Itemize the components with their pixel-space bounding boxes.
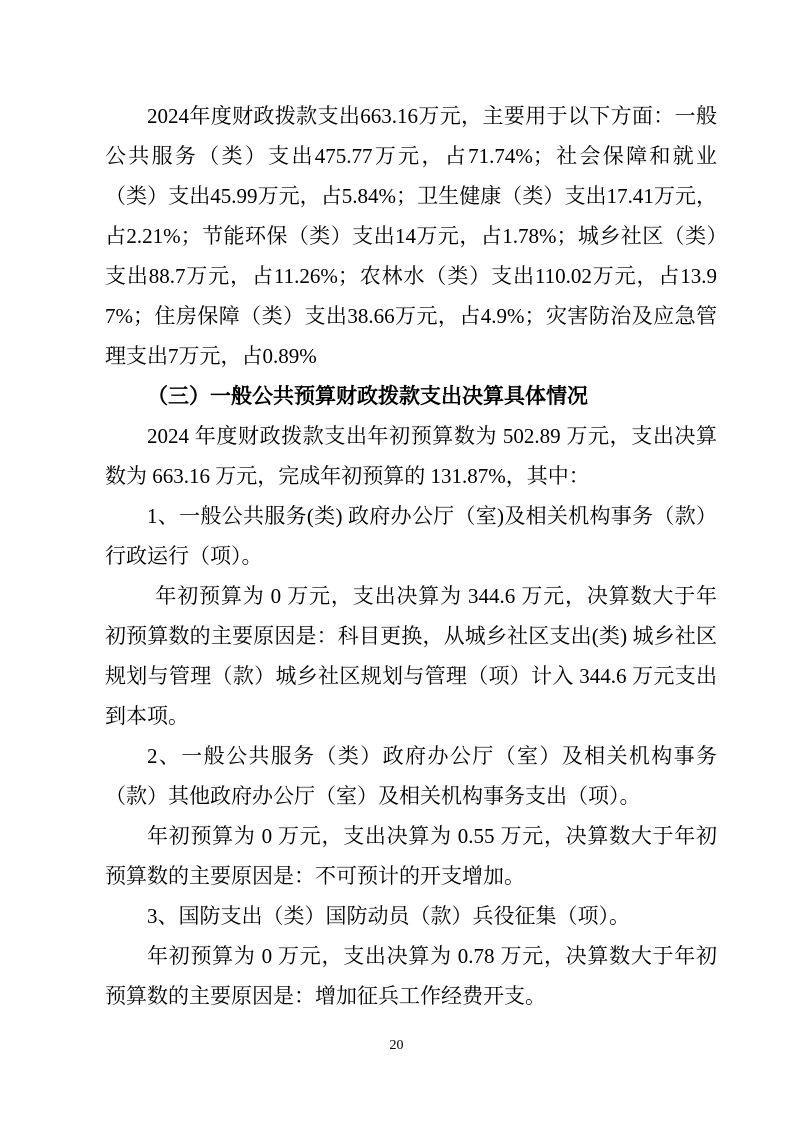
page-body-text: 2024年度财政拨款支出663.16万元，主要用于以下方面：一般公共服务（类）支… — [105, 96, 717, 1016]
page-footer: 20 — [0, 1036, 793, 1054]
paragraph-budget-vs-final: 2024 年度财政拨款支出年初预算数为 502.89 万元，支出决算数为 663… — [105, 416, 717, 496]
paragraph-item-1-explanation: 年初预算为 0 万元，支出决算为 344.6 万元，决算数大于年初预算数的主要原… — [105, 576, 717, 736]
section-heading-3: （三）一般公共预算财政拨款支出决算具体情况 — [105, 376, 717, 416]
paragraph-fiscal-expenditure-overview: 2024年度财政拨款支出663.16万元，主要用于以下方面：一般公共服务（类）支… — [105, 96, 717, 376]
paragraph-item-3-title: 3、国防支出（类）国防动员（款）兵役征集（项）。 — [105, 896, 717, 936]
paragraph-item-3-explanation: 年初预算为 0 万元，支出决算为 0.78 万元，决算数大于年初预算数的主要原因… — [105, 936, 717, 1016]
page-number: 20 — [390, 1038, 404, 1053]
paragraph-item-2-title: 2、一般公共服务（类）政府办公厅（室）及相关机构事务（款）其他政府办公厅（室）及… — [105, 736, 717, 816]
paragraph-item-1-title: 1、一般公共服务(类) 政府办公厅（室)及相关机构事务（款）行政运行（项）。 — [105, 496, 717, 576]
paragraph-item-2-explanation: 年初预算为 0 万元，支出决算为 0.55 万元，决算数大于年初预算数的主要原因… — [105, 816, 717, 896]
document-page: 2024年度财政拨款支出663.16万元，主要用于以下方面：一般公共服务（类）支… — [0, 0, 793, 1122]
